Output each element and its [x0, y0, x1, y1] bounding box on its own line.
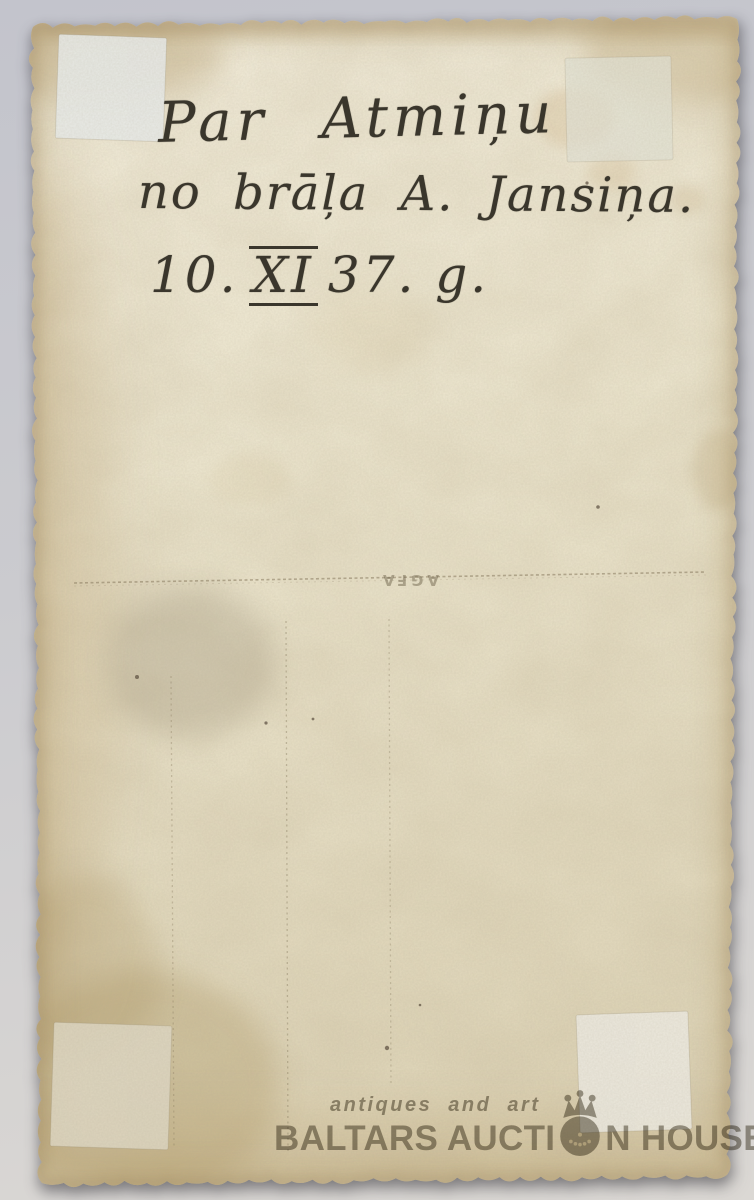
postcard-card: AGFA	[0, 0, 754, 1200]
postcard-photo: AGFA	[0, 0, 754, 1200]
paper-grain	[0, 0, 754, 1200]
paper-surface: AGFA	[0, 0, 754, 1200]
photo-of-postcard-back: AGFA Par At	[0, 0, 754, 1200]
